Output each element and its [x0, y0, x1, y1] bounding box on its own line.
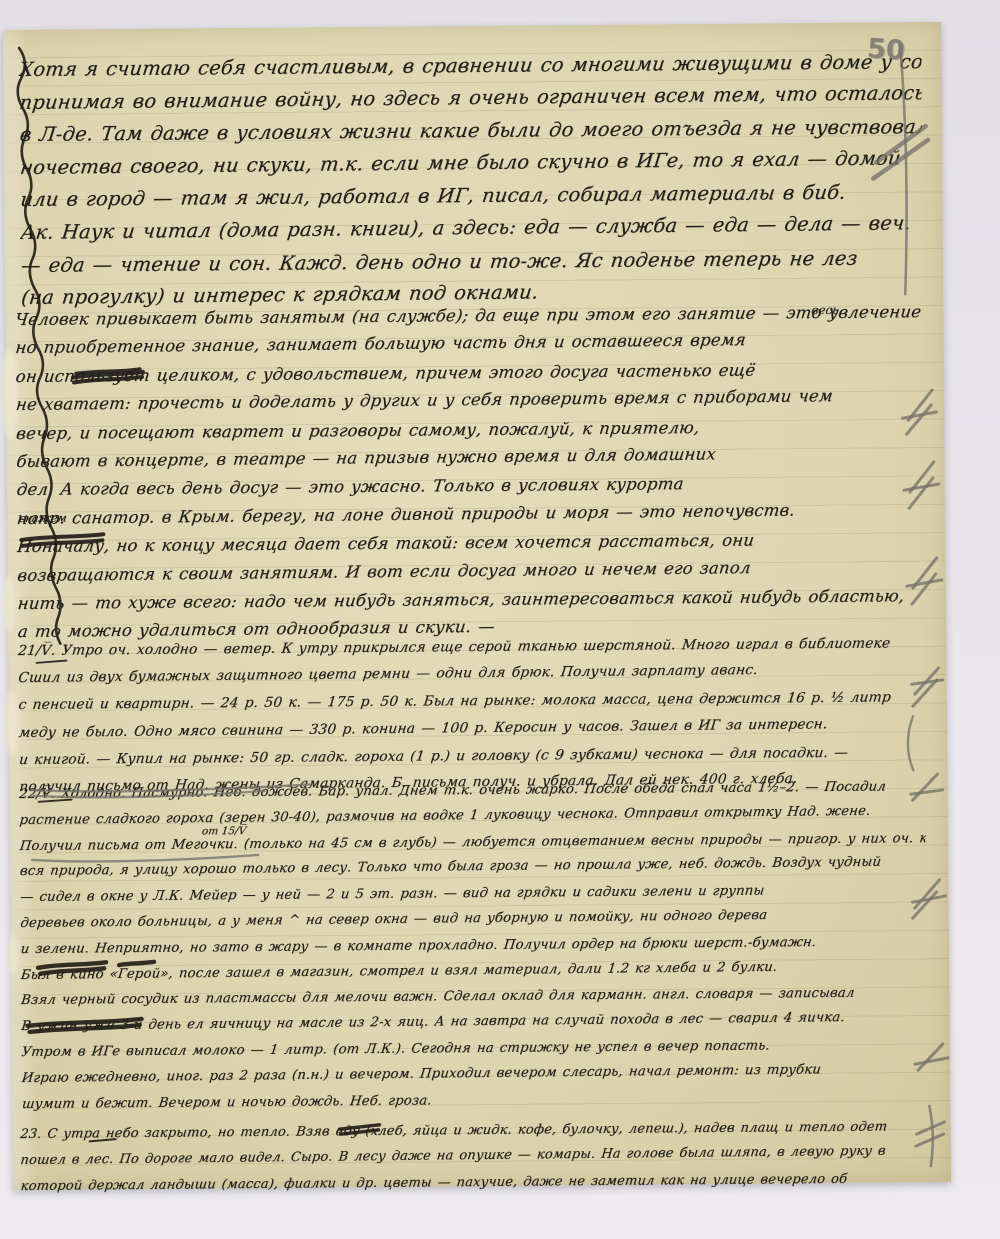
- entry-22-may: 22/V̅. Холодно. Пасмурно. Неб. дождев. Б…: [18, 774, 927, 1117]
- worn-edge-patch: [8, 935, 18, 975]
- worn-edge-patch: [3, 575, 17, 633]
- paragraph-2: Человек привыкает быть занятым (на служб…: [13, 298, 922, 647]
- scanned-diary-photo: Хотя я считаю себя счастливым, в сравнен…: [0, 0, 1000, 1239]
- manuscript-page: Хотя я считаю себя счастливым, в сравнен…: [3, 22, 951, 1190]
- paragraph-1: Хотя я считаю себя счастливым, в сравнен…: [17, 46, 921, 315]
- interlinear-insert: скажем: [18, 512, 67, 525]
- interlinear-insert: от 15/V̅: [201, 825, 247, 837]
- interlinear-insert: весь: [811, 303, 840, 317]
- pencil-page-number: 50: [866, 33, 905, 66]
- entry-23-may: 23. С утра небо закрыто, но тепло. Взяв …: [18, 1114, 927, 1200]
